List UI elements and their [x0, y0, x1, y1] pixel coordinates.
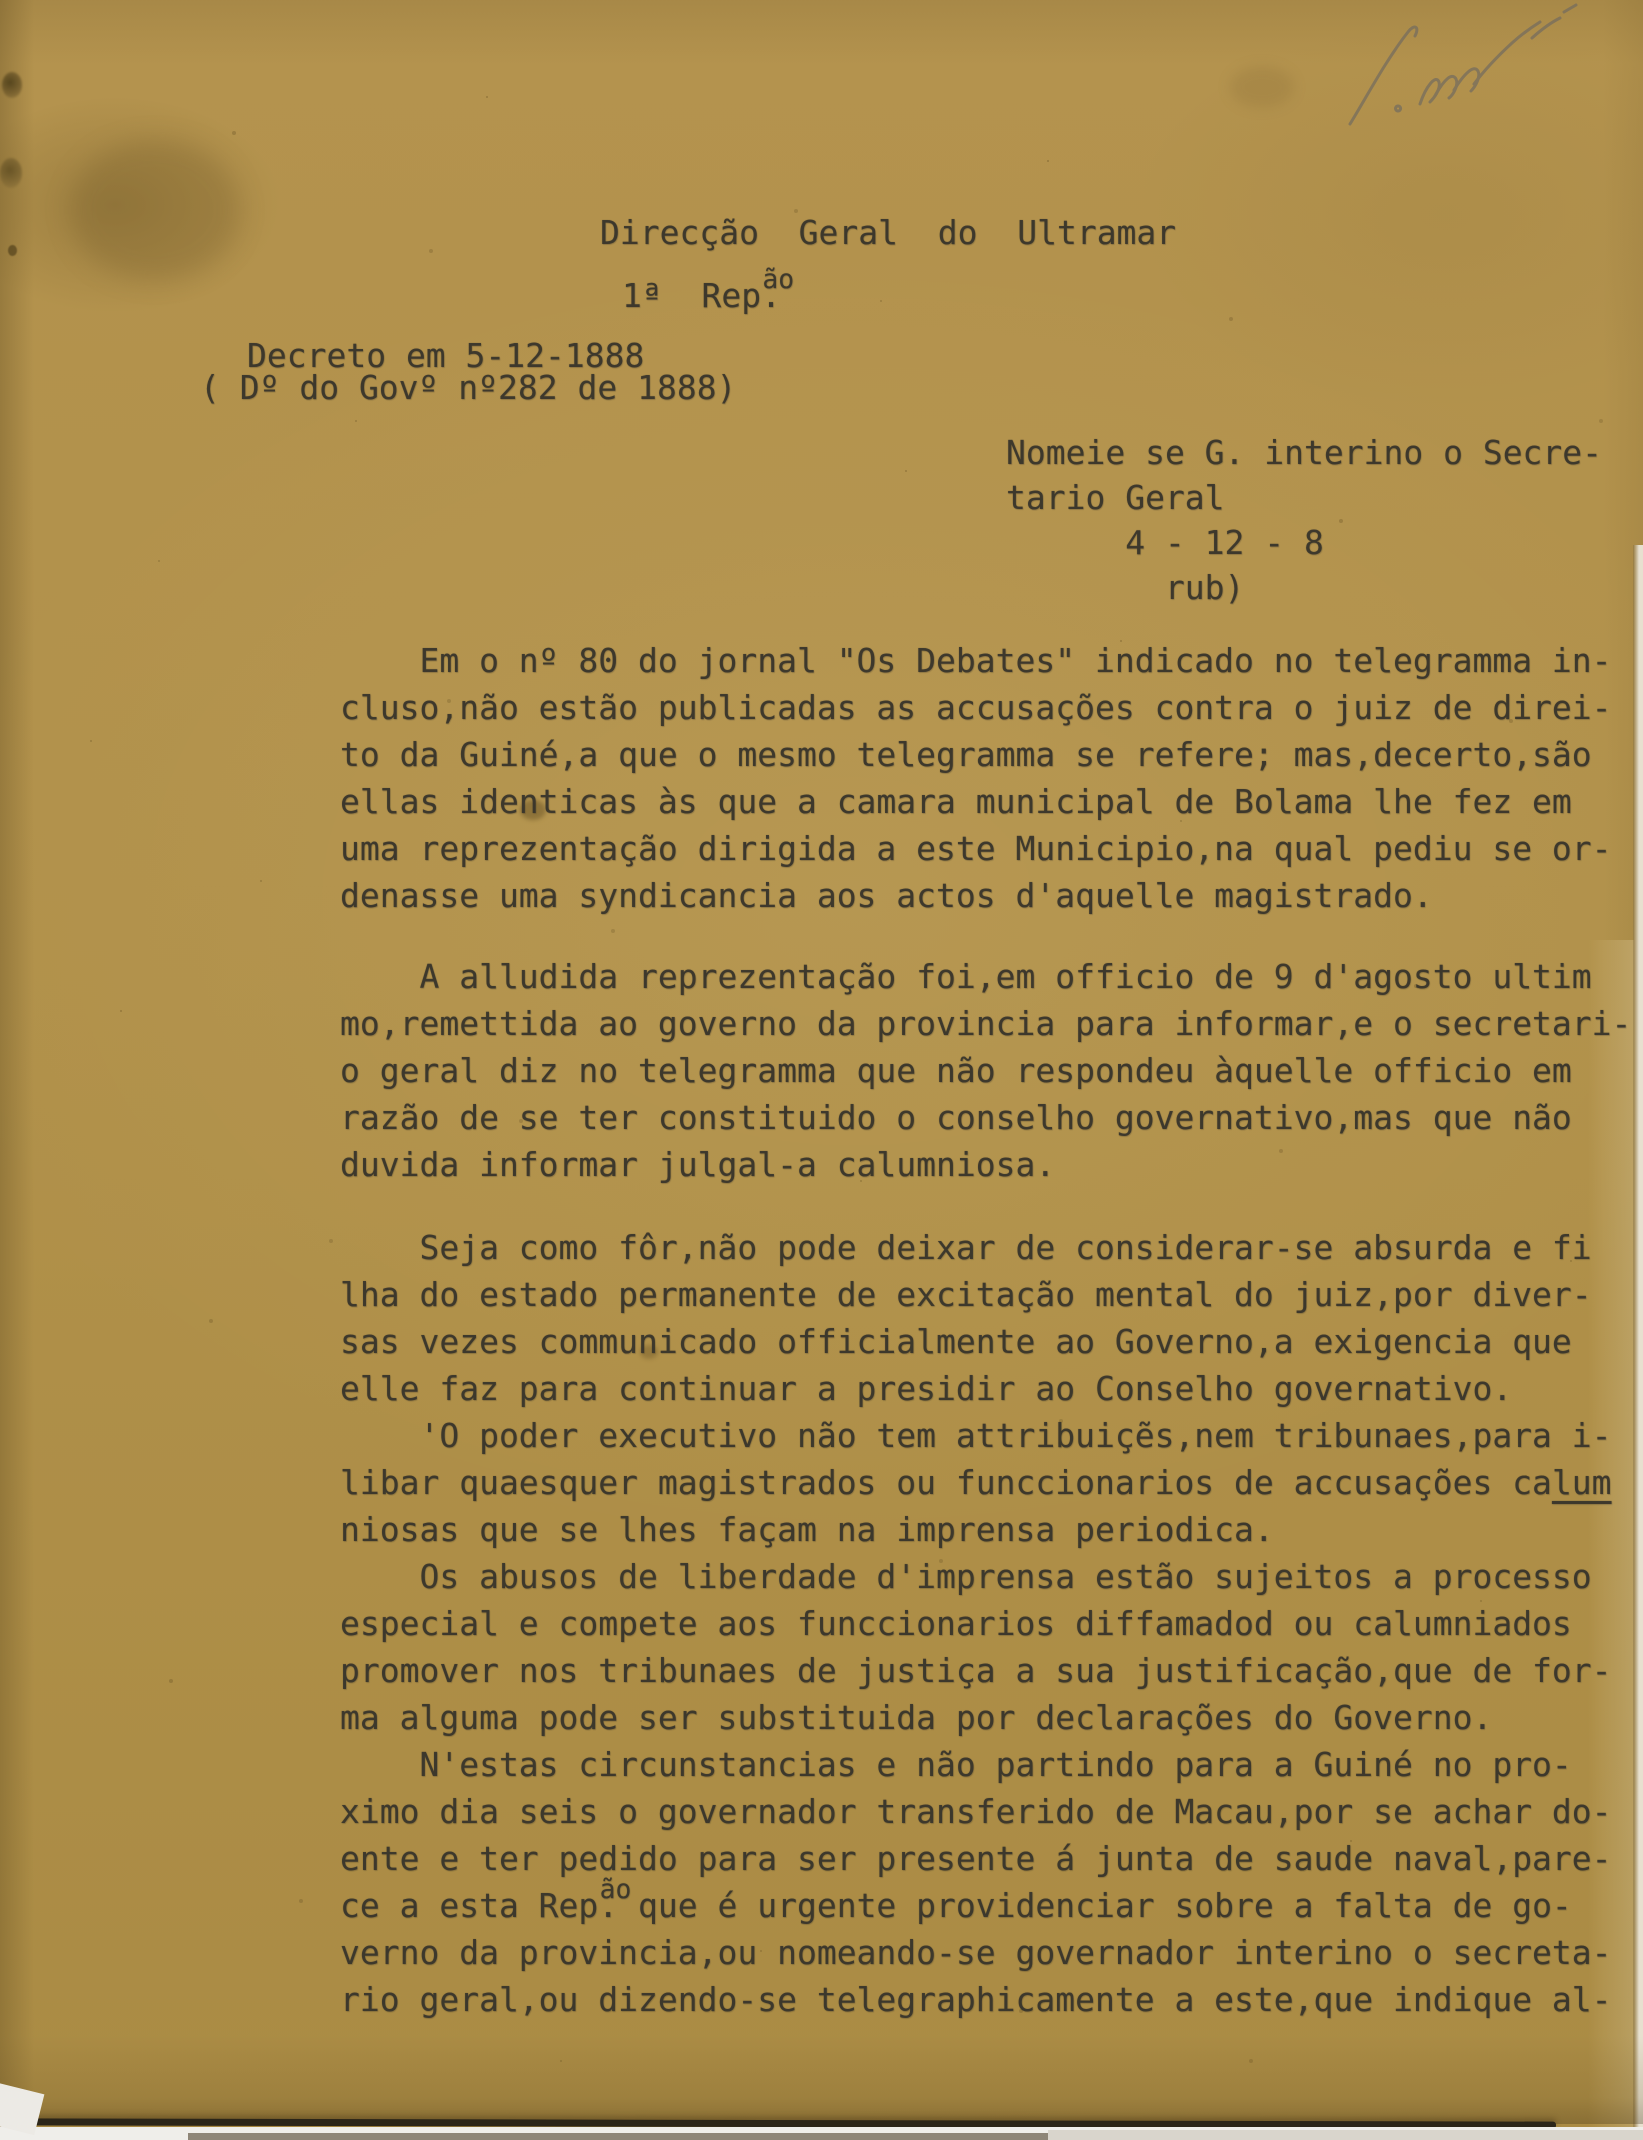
text-line: denasse uma syndicancia aos actos d'aque…	[340, 872, 1643, 919]
text-line: niosas que se lhes façam na imprensa per…	[340, 1506, 1643, 1553]
text-line: ente e ter pedido para ser presente á ju…	[340, 1835, 1643, 1882]
department-title: Direcção Geral do Ultramar	[600, 213, 1176, 253]
text-line: o geral diz no telegramma que não respon…	[340, 1047, 1643, 1094]
text-line: promover nos tribunaes de justiça a sua …	[340, 1647, 1643, 1694]
underlying-document-edge	[1048, 2130, 1643, 2140]
division-line: 1ª Repão.	[622, 276, 781, 316]
text-line: rio geral,ou dizendo-se telegraphicament…	[340, 1976, 1643, 2023]
paragraph: Em o nº 80 do jornal "Os Debates" indica…	[340, 637, 1643, 919]
text-line: ellas identicas às que a camara municipa…	[340, 778, 1643, 825]
text-line: to da Guiné,a que o mesmo telegramma se …	[340, 731, 1643, 778]
text-line: razão de se ter constituido o conselho g…	[340, 1094, 1643, 1141]
text-line: verno da provincia,ou nomeando-se govern…	[340, 1929, 1643, 1976]
paragraph: N'estas circunstancias e não partindo pa…	[340, 1741, 1643, 2023]
text-line: ce a esta Repão. que é urgente providenc…	[340, 1882, 1643, 1929]
text-line: N'estas circunstancias e não partindo pa…	[340, 1741, 1643, 1788]
page-fold-shadow	[0, 2036, 1643, 2124]
handwritten-signature	[1320, 2, 1640, 142]
text-line: Seja como fôr,não pode deixar de conside…	[340, 1224, 1643, 1271]
text-line: cluso,não estão publicadas as accusações…	[340, 684, 1643, 731]
paper-stain	[70, 140, 240, 280]
paragraph: A alludida reprezentação foi,em officio …	[340, 953, 1643, 1188]
gazette-reference: ( Dº do Govº nº282 de 1888)	[200, 368, 736, 408]
text-line: mo,remettida ao governo da provincia par…	[340, 1000, 1643, 1047]
document-page: Direcção Geral do Ultramar 1ª Repão. Dec…	[0, 0, 1643, 2140]
paper-speckles	[0, 0, 2, 2]
text-line: Os abusos de liberdade d'imprensa estão …	[340, 1553, 1643, 1600]
text-line: ximo dia seis o governador transferido d…	[340, 1788, 1643, 1835]
text-line: libar quaesquer magistrados ou funcciona…	[340, 1459, 1643, 1506]
text-line: A alludida reprezentação foi,em officio …	[340, 953, 1643, 1000]
text-line: ma alguma pode ser substituida por decla…	[340, 1694, 1643, 1741]
underlying-document-edge	[188, 2133, 1048, 2140]
text-line: rub)	[1006, 565, 1602, 610]
paragraph: Os abusos de liberdade d'imprensa estão …	[340, 1553, 1643, 1741]
body-text: Em o nº 80 do jornal "Os Debates" indica…	[340, 637, 1643, 2023]
text-line: lha do estado permanente de excitação me…	[340, 1271, 1643, 1318]
text-line: especial e compete aos funccionarios dif…	[340, 1600, 1643, 1647]
text-line: elle faz para continuar a presidir ao Co…	[340, 1365, 1643, 1412]
punch-hole	[0, 158, 22, 188]
punch-hole	[2, 72, 22, 98]
text-line: sas vezes communicado officialmente ao G…	[340, 1318, 1643, 1365]
text-line: 'O poder executivo não tem attribuiçẽs,n…	[340, 1412, 1643, 1459]
text-line: tario Geral	[1006, 475, 1602, 520]
paragraph: 'O poder executivo não tem attribuiçẽs,n…	[340, 1412, 1643, 1553]
punch-hole	[8, 245, 17, 256]
paper-stain	[1230, 66, 1294, 108]
marginal-note: Nomeie se G. interino o Secre-tario Gera…	[1006, 430, 1602, 610]
text-line: Em o nº 80 do jornal "Os Debates" indica…	[340, 637, 1643, 684]
text-line: uma reprezentação dirigida a este Munici…	[340, 825, 1643, 872]
text-line: duvida informar julgal-a calumniosa.	[340, 1141, 1643, 1188]
text-line: Nomeie se G. interino o Secre-	[1006, 430, 1602, 475]
text-line: 4 - 12 - 8	[1006, 520, 1602, 565]
paragraph: Seja como fôr,não pode deixar de conside…	[340, 1224, 1643, 1412]
